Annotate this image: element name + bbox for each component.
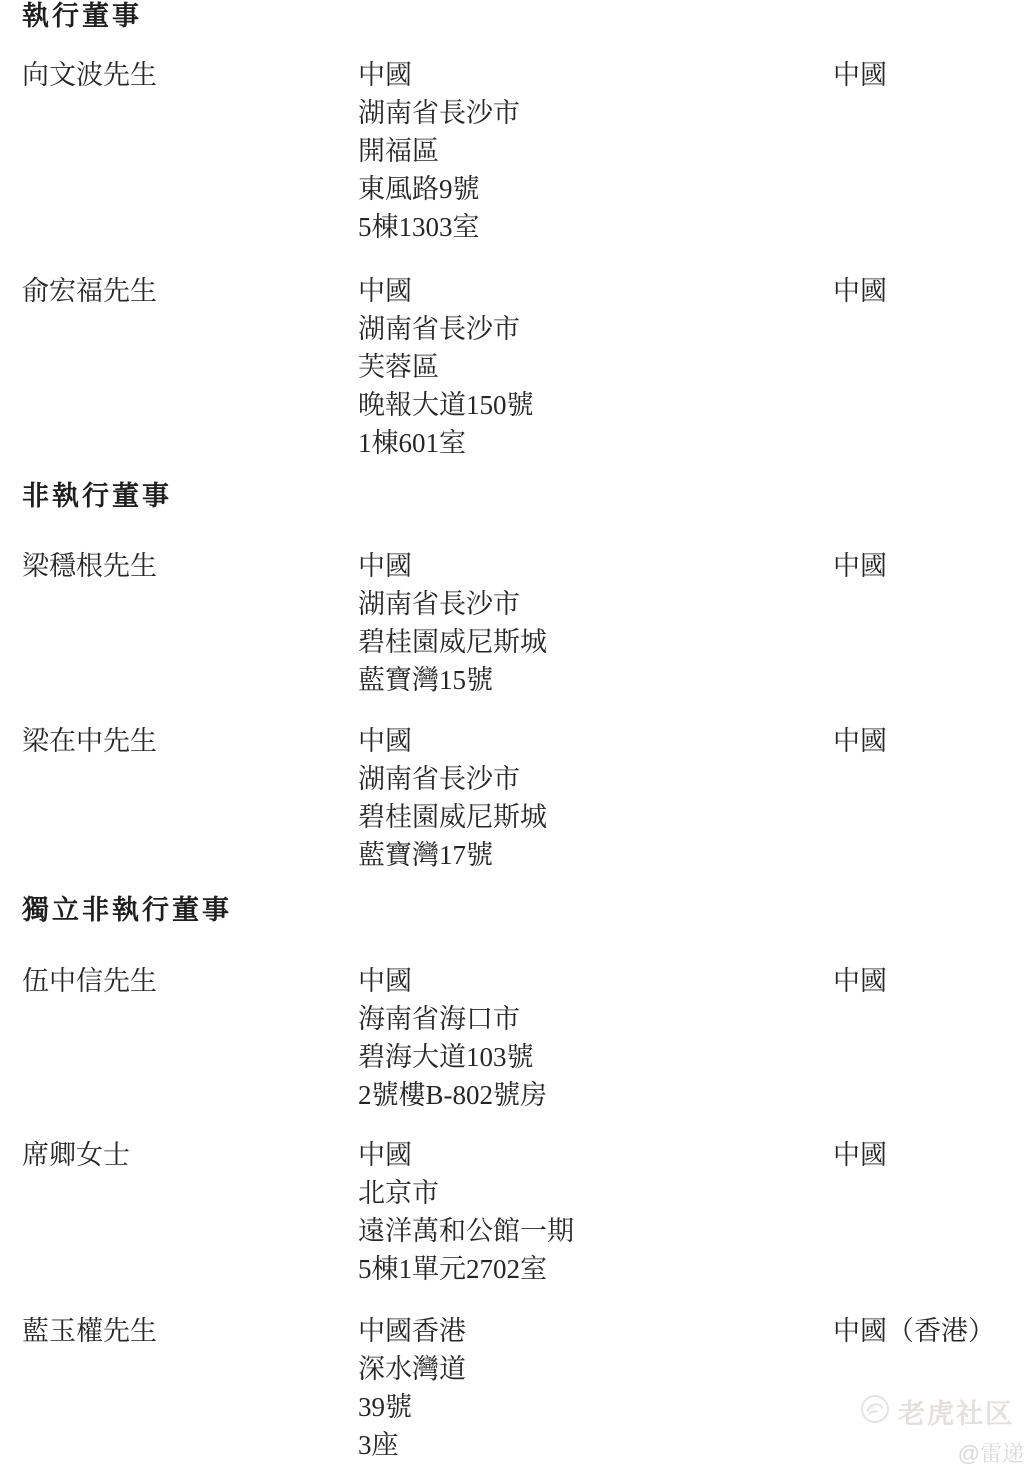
- director-name: 梁穩根先生: [22, 547, 358, 585]
- director-row: 席卿女士 中國 北京市 遠洋萬和公館一期 5棟1單元2702室 中國: [22, 1136, 1032, 1288]
- address-line: 2號樓B-802號房: [358, 1076, 833, 1114]
- director-name: 伍中信先生: [22, 962, 358, 1000]
- address-line: 1棟601室: [358, 424, 833, 462]
- section-heading-independent-non-executive-directors: 獨立非執行董事: [22, 894, 232, 926]
- director-address: 中國 海南省海口市 碧海大道103號 2號樓B-802號房: [358, 962, 833, 1114]
- address-line: 東風路9號: [358, 170, 833, 208]
- director-row: 向文波先生 中國 湖南省長沙市 開福區 東風路9號 5棟1303室 中國: [22, 56, 1032, 246]
- director-address: 中國 北京市 遠洋萬和公館一期 5棟1單元2702室: [358, 1136, 833, 1288]
- address-line: 中國香港: [358, 1312, 833, 1350]
- address-line: 遠洋萬和公館一期: [358, 1212, 833, 1250]
- address-line: 碧桂園威尼斯城: [358, 623, 833, 661]
- address-line: 湖南省長沙市: [358, 760, 833, 798]
- director-name: 梁在中先生: [22, 722, 358, 760]
- director-address: 中國 湖南省長沙市 碧桂園威尼斯城 藍寶灣17號: [358, 722, 833, 874]
- director-nationality: 中國: [833, 1136, 1032, 1174]
- address-line: 中國: [358, 962, 833, 1000]
- watermark-author-text: @雷递: [860, 1437, 1032, 1468]
- watermark: 老虎社区 @雷递: [860, 1392, 1032, 1470]
- address-line: 晚報大道150號: [358, 386, 833, 424]
- address-line: 中國: [358, 722, 833, 760]
- address-line: 39號: [358, 1388, 833, 1426]
- address-line: 中國: [358, 1136, 833, 1174]
- address-line: 芙蓉區: [358, 348, 833, 386]
- director-nationality: 中國: [833, 272, 1032, 310]
- director-nationality: 中國: [833, 56, 1032, 94]
- address-line: 北京市: [358, 1174, 833, 1212]
- address-line: 藍寶灣17號: [358, 836, 833, 874]
- address-line: 碧海大道103號: [358, 1038, 833, 1076]
- address-line: 開福區: [358, 132, 833, 170]
- address-line: 中國: [358, 547, 833, 585]
- director-nationality: 中國: [833, 962, 1032, 1000]
- address-line: 中國: [358, 272, 833, 310]
- document-page: 執行董事 向文波先生 中國 湖南省長沙市 開福區 東風路9號 5棟1303室 中…: [0, 0, 1032, 1470]
- director-row: 梁在中先生 中國 湖南省長沙市 碧桂園威尼斯城 藍寶灣17號 中國: [22, 722, 1032, 874]
- director-name: 席卿女士: [22, 1136, 358, 1174]
- director-address: 中國香港 深水灣道 39號 3座: [358, 1312, 833, 1464]
- address-line: 碧桂園威尼斯城: [358, 798, 833, 836]
- address-line: 中國: [358, 56, 833, 94]
- director-name: 藍玉權先生: [22, 1312, 358, 1350]
- director-nationality: 中國（香港）: [833, 1312, 1032, 1350]
- address-line: 藍寶灣15號: [358, 661, 833, 699]
- address-line: 3座: [358, 1426, 833, 1464]
- address-line: 深水灣道: [358, 1350, 833, 1388]
- address-line: 5棟1303室: [358, 208, 833, 246]
- director-address: 中國 湖南省長沙市 開福區 東風路9號 5棟1303室: [358, 56, 833, 246]
- address-line: 5棟1單元2702室: [358, 1250, 833, 1288]
- director-nationality: 中國: [833, 722, 1032, 760]
- address-line: 湖南省長沙市: [358, 310, 833, 348]
- director-address: 中國 湖南省長沙市 芙蓉區 晚報大道150號 1棟601室: [358, 272, 833, 462]
- address-line: 海南省海口市: [358, 1000, 833, 1038]
- director-row: 伍中信先生 中國 海南省海口市 碧海大道103號 2號樓B-802號房 中國: [22, 962, 1032, 1114]
- director-address: 中國 湖南省長沙市 碧桂園威尼斯城 藍寶灣15號: [358, 547, 833, 699]
- watermark-brand-text: 老虎社区: [898, 1392, 1014, 1431]
- section-heading-executive-directors: 執行董事: [22, 0, 142, 32]
- director-name: 俞宏福先生: [22, 272, 358, 310]
- director-nationality: 中國: [833, 547, 1032, 585]
- address-line: 湖南省長沙市: [358, 94, 833, 132]
- tiger-logo-icon: [860, 1394, 890, 1429]
- address-line: 湖南省長沙市: [358, 585, 833, 623]
- director-row: 梁穩根先生 中國 湖南省長沙市 碧桂園威尼斯城 藍寶灣15號 中國: [22, 547, 1032, 699]
- director-name: 向文波先生: [22, 56, 358, 94]
- section-heading-non-executive-directors: 非執行董事: [22, 480, 172, 512]
- director-row: 俞宏福先生 中國 湖南省長沙市 芙蓉區 晚報大道150號 1棟601室 中國: [22, 272, 1032, 462]
